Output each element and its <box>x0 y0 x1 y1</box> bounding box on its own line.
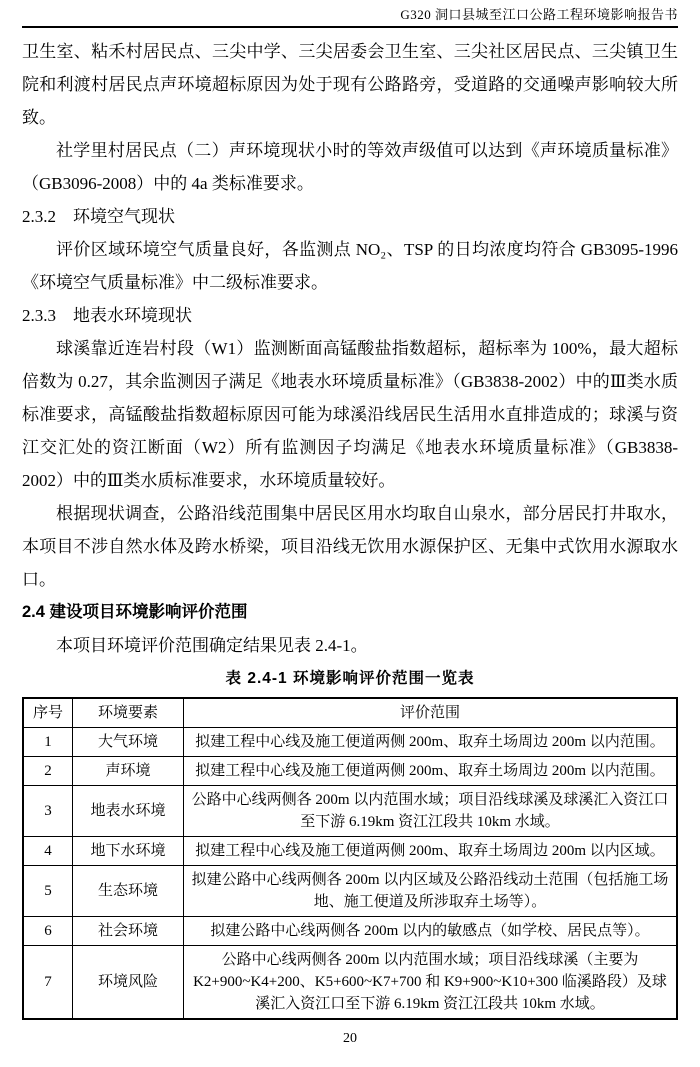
paragraph-scope-intro: 本项目环境评价范围确定结果见表 2.4-1。 <box>22 629 678 662</box>
table-row: 6 社会环境 拟建公路中心线两侧各 200m 以内的敏感点（如学校、居民点等）。 <box>23 917 677 946</box>
cell-scope: 拟建公路中心线两侧各 200m 以内区域及公路沿线动土范围（包括施工场地、施工便… <box>184 866 678 917</box>
cell-element: 声环境 <box>73 757 184 786</box>
cell-scope: 拟建工程中心线及施工便道两侧 200m、取弃土场周边 200m 以内范围。 <box>184 757 678 786</box>
cell-element: 地下水环境 <box>73 837 184 866</box>
column-header-scope: 评价范围 <box>184 698 678 728</box>
paragraph-water-use-survey: 根据现状调查，公路沿线范围集中居民区用水均取自山泉水，部分居民打井取水，本项目不… <box>22 497 678 596</box>
cell-index: 5 <box>23 866 73 917</box>
table-row: 7 环境风险 公路中心线两侧各 200m 以内范围水域；项目沿线球溪（主要为 K… <box>23 946 677 1020</box>
cell-element: 生态环境 <box>73 866 184 917</box>
paragraph-shexueli-noise: 社学里村居民点（二）声环境现状小时的等效声级值可以达到《声环境质量标准》（GB3… <box>22 134 678 200</box>
cell-index: 3 <box>23 786 73 837</box>
table-row: 4 地下水环境 拟建工程中心线及施工便道两侧 200m、取弃土场周边 200m … <box>23 837 677 866</box>
cell-element: 环境风险 <box>73 946 184 1020</box>
cell-scope: 拟建工程中心线及施工便道两侧 200m、取弃土场周边 200m 以内范围。 <box>184 728 678 757</box>
paragraph-noise-exceedance: 卫生室、粘禾村居民点、三尖中学、三尖居委会卫生室、三尖社区居民点、三尖镇卫生院和… <box>22 35 678 134</box>
cell-scope: 公路中心线两侧各 200m 以内范围水域；项目沿线球溪及球溪汇入资江口至下游 6… <box>184 786 678 837</box>
paragraph-surface-water-monitoring: 球溪靠近连岩村段（W1）监测断面高锰酸盐指数超标，超标率为 100%，最大超标倍… <box>22 332 678 497</box>
table-row: 3 地表水环境 公路中心线两侧各 200m 以内范围水域；项目沿线球溪及球溪汇入… <box>23 786 677 837</box>
cell-index: 2 <box>23 757 73 786</box>
cell-scope: 拟建工程中心线及施工便道两侧 200m、取弃土场周边 200m 以内区域。 <box>184 837 678 866</box>
document-content: 卫生室、粘禾村居民点、三尖中学、三尖居委会卫生室、三尖社区居民点、三尖镇卫生院和… <box>0 28 700 1020</box>
heading-2-4-assessment-scope: 2.4 建设项目环境影响评价范围 <box>22 596 678 629</box>
paragraph-air-quality: 评价区域环境空气质量良好，各监测点 NO₂、TSP 的日均浓度均符合 GB309… <box>22 233 678 299</box>
table-row: 1 大气环境 拟建工程中心线及施工便道两侧 200m、取弃土场周边 200m 以… <box>23 728 677 757</box>
heading-2-3-2-air-status: 2.3.2 环境空气现状 <box>22 200 678 233</box>
table-row: 2 声环境 拟建工程中心线及施工便道两侧 200m、取弃土场周边 200m 以内… <box>23 757 677 786</box>
document-page: G320 洞口县城至江口公路工程环境影响报告书 卫生室、粘禾村居民点、三尖中学、… <box>0 0 700 1067</box>
page-footer: 20 <box>0 1031 700 1047</box>
column-header-index: 序号 <box>23 698 73 728</box>
cell-scope: 公路中心线两侧各 200m 以内范围水域；项目沿线球溪（主要为 K2+900~K… <box>184 946 678 1020</box>
cell-index: 1 <box>23 728 73 757</box>
cell-element: 地表水环境 <box>73 786 184 837</box>
header-title: G320 洞口县城至江口公路工程环境影响报告书 <box>22 6 678 23</box>
table-header-row: 序号 环境要素 评价范围 <box>23 698 677 728</box>
column-header-element: 环境要素 <box>73 698 184 728</box>
table-row: 5 生态环境 拟建公路中心线两侧各 200m 以内区域及公路沿线动土范围（包括施… <box>23 866 677 917</box>
cell-element: 大气环境 <box>73 728 184 757</box>
cell-element: 社会环境 <box>73 917 184 946</box>
cell-index: 4 <box>23 837 73 866</box>
page-header: G320 洞口县城至江口公路工程环境影响报告书 <box>0 0 700 28</box>
cell-index: 7 <box>23 946 73 1020</box>
page-number: 20 <box>343 1031 357 1046</box>
assessment-scope-table: 序号 环境要素 评价范围 1 大气环境 拟建工程中心线及施工便道两侧 200m、… <box>22 697 678 1020</box>
table-caption: 表 2.4-1 环境影响评价范围一览表 <box>22 667 678 691</box>
cell-index: 6 <box>23 917 73 946</box>
heading-2-3-3-surface-water-status: 2.3.3 地表水环境现状 <box>22 299 678 332</box>
cell-scope: 拟建公路中心线两侧各 200m 以内的敏感点（如学校、居民点等）。 <box>184 917 678 946</box>
